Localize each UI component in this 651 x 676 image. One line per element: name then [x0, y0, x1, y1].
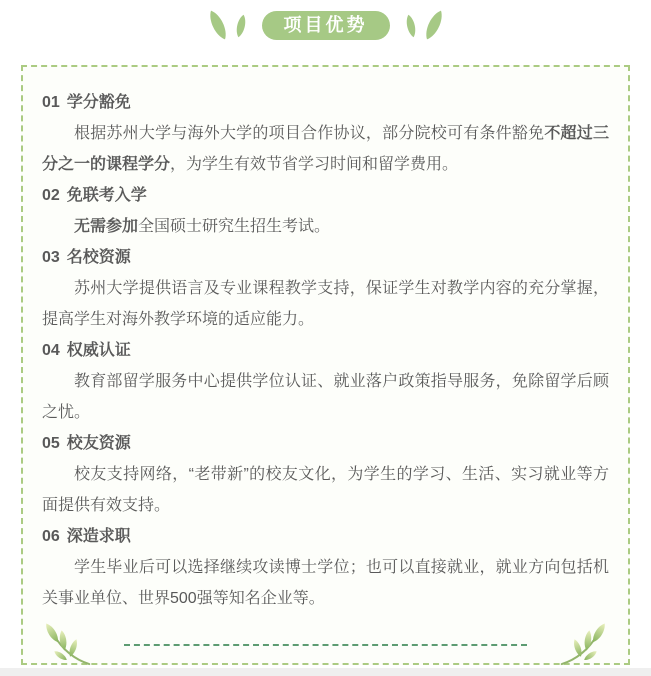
advantage-section: 03名校资源 苏州大学提供语言及专业课程教学支持，保证学生对教学内容的充分掌握，… — [42, 242, 609, 335]
text-run: 校友支持网络，“老带新”的校友文化，为学生的学习、生活、实习就业等方面提供有效支… — [42, 466, 609, 514]
article-page: 项目优势 01学分豁免 根据苏州大学与海外大学的项目合作协议，部分院校可有条件豁… — [0, 0, 651, 676]
text-run: 无需参加 — [74, 218, 138, 235]
dashed-divider — [124, 644, 527, 646]
section-heading: 05校友资源 — [42, 428, 609, 459]
page-bottom-strip — [0, 668, 651, 676]
sections: 01学分豁免 根据苏州大学与海外大学的项目合作协议，部分院校可有条件豁免不超过三… — [42, 87, 609, 614]
section-paragraph: 根据苏州大学与海外大学的项目合作协议，部分院校可有条件豁免不超过三分之一的课程学… — [42, 118, 609, 180]
section-paragraph: 无需参加全国硕士研究生招生考试。 — [42, 211, 609, 242]
section-title: 名校资源 — [67, 249, 131, 266]
section-number: 05 — [42, 435, 60, 452]
section-title: 深造求职 — [67, 528, 131, 545]
advantage-section: 05校友资源 校友支持网络，“老带新”的校友文化，为学生的学习、生活、实习就业等… — [42, 428, 609, 521]
section-paragraph: 苏州大学提供语言及专业课程教学支持，保证学生对教学内容的充分掌握，提高学生对海外… — [42, 273, 609, 335]
double-leaf-icon — [401, 4, 449, 46]
section-paragraph: 校友支持网络，“老带新”的校友文化，为学生的学习、生活、实习就业等方面提供有效支… — [42, 459, 609, 521]
section-paragraph: 学生毕业后可以选择继续攻读博士学位；也可以直接就业，就业方向包括机关事业单位、世… — [42, 552, 609, 614]
box-footer — [42, 618, 609, 672]
section-number: 03 — [42, 249, 60, 266]
leaf-sprig-icon — [555, 620, 609, 671]
section-heading: 04权威认证 — [42, 335, 609, 366]
text-run: 苏州大学提供语言及专业课程教学支持，保证学生对教学内容的充分掌握，提高学生对海外… — [42, 280, 609, 328]
section-title: 校友资源 — [67, 435, 131, 452]
section-heading: 06深造求职 — [42, 521, 609, 552]
section-paragraph: 教育部留学服务中心提供学位认证、就业落户政策指导服务，免除留学后顾之忧。 — [42, 366, 609, 428]
leaf-sprig-icon — [42, 620, 96, 671]
advantage-section: 04权威认证 教育部留学服务中心提供学位认证、就业落户政策指导服务，免除留学后顾… — [42, 335, 609, 428]
advantage-section: 06深造求职 学生毕业后可以选择继续攻读博士学位；也可以直接就业，就业方向包括机… — [42, 521, 609, 614]
section-title: 权威认证 — [67, 342, 131, 359]
text-run: 学生毕业后可以选择继续攻读博士学位；也可以直接就业，就业方向包括机关事业单位、世… — [42, 559, 609, 607]
advantage-section: 02免联考入学 无需参加全国硕士研究生招生考试。 — [42, 180, 609, 242]
section-number: 04 — [42, 342, 60, 359]
section-number: 06 — [42, 528, 60, 545]
advantage-section: 01学分豁免 根据苏州大学与海外大学的项目合作协议，部分院校可有条件豁免不超过三… — [42, 87, 609, 180]
text-run: ，为学生有效节省学习时间和留学费用。 — [170, 156, 458, 173]
section-title: 学分豁免 — [67, 94, 131, 111]
section-header: 项目优势 — [0, 0, 651, 46]
section-number: 02 — [42, 187, 60, 204]
text-run: 教育部留学服务中心提供学位认证、就业落户政策指导服务，免除留学后顾之忧。 — [42, 373, 609, 421]
text-run: 根据苏州大学与海外大学的项目合作协议，部分院校可有条件豁免 — [74, 125, 544, 142]
double-leaf-icon — [203, 4, 251, 46]
header-title-pill: 项目优势 — [262, 11, 390, 40]
section-heading: 03名校资源 — [42, 242, 609, 273]
advantages-box: 01学分豁免 根据苏州大学与海外大学的项目合作协议，部分院校可有条件豁免不超过三… — [21, 65, 630, 665]
text-run: 全国硕士研究生招生考试。 — [138, 218, 330, 235]
section-heading: 01学分豁免 — [42, 87, 609, 118]
section-title: 免联考入学 — [67, 187, 147, 204]
section-heading: 02免联考入学 — [42, 180, 609, 211]
section-number: 01 — [42, 94, 60, 111]
